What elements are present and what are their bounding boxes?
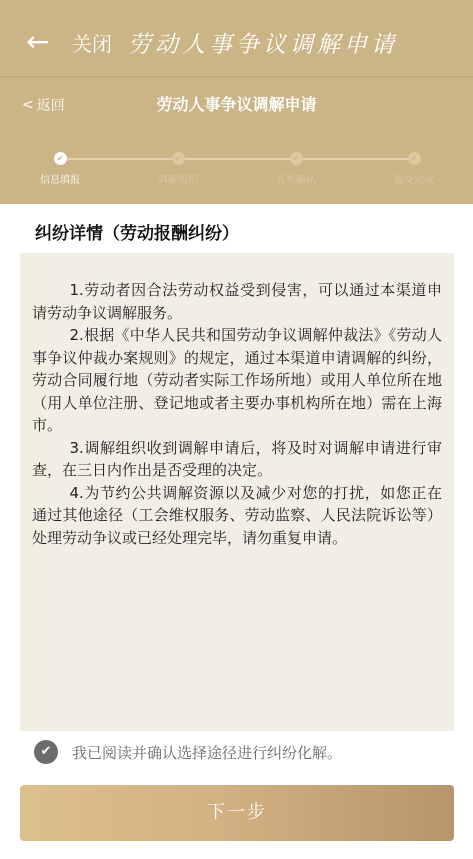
agreement-checkbox[interactable]: ✔ 我已阅读并确认选择途径进行纠纷化解。 (34, 740, 342, 764)
step-label: 信息填报 (20, 171, 100, 186)
page-header: < 返回 劳动人事争议调解申请 ✔ 信息填报 ✔ 调解组织 ✔ 告知确认 ✔ 提… (0, 78, 473, 204)
next-step-button[interactable]: 下一步 (20, 785, 454, 841)
close-button[interactable]: 关闭 (72, 28, 112, 57)
step-notice-confirm: ✔ 告知确认 (256, 150, 336, 186)
notice-box[interactable]: 1.劳动者因合法劳动权益受到侵害，可以通过本渠道申请劳动争议调解服务。 2.根据… (20, 253, 454, 731)
check-icon: ✔ (290, 152, 303, 165)
notice-paragraph: 2.根据《中华人民共和国劳动争议调解仲裁法》《劳动人事争议仲裁办案规则》的规定，… (32, 324, 442, 437)
section-title: 纠纷详情（劳动报酬纠纷） (35, 219, 239, 244)
check-icon: ✔ (408, 152, 421, 165)
app-title: 劳动人事争议调解申请 (128, 26, 398, 59)
notice-paragraph: 4.为节约公共调解资源以及减少对您的打扰，如您正在通过其他途径（工会维权服务、劳… (32, 482, 442, 550)
notice-paragraph: 3.调解组织收到调解申请后，将及时对调解申请进行审查，在三日内作出是否受理的决定… (32, 437, 442, 482)
page-title: 劳动人事争议调解申请 (0, 92, 473, 115)
app-top-bar: ← 关闭 劳动人事争议调解申请 (0, 0, 473, 84)
step-label: 告知确认 (256, 171, 336, 186)
step-mediation-org: ✔ 调解组织 (138, 150, 218, 186)
step-label: 调解组织 (138, 171, 218, 186)
step-submit-complete: ✔ 提交完成 (374, 150, 454, 186)
step-info-fill: ✔ 信息填报 (20, 150, 100, 186)
agreement-label: 我已阅读并确认选择途径进行纠纷化解。 (72, 742, 342, 763)
arrow-left-icon[interactable]: ← (26, 28, 54, 56)
check-circle-icon[interactable]: ✔ (34, 740, 58, 764)
notice-paragraph: 1.劳动者因合法劳动权益受到侵害，可以通过本渠道申请劳动争议调解服务。 (32, 279, 442, 324)
check-icon: ✔ (54, 152, 67, 165)
check-icon: ✔ (172, 152, 185, 165)
step-label: 提交完成 (374, 171, 454, 186)
progress-steps: ✔ 信息填报 ✔ 调解组织 ✔ 告知确认 ✔ 提交完成 (0, 150, 473, 190)
